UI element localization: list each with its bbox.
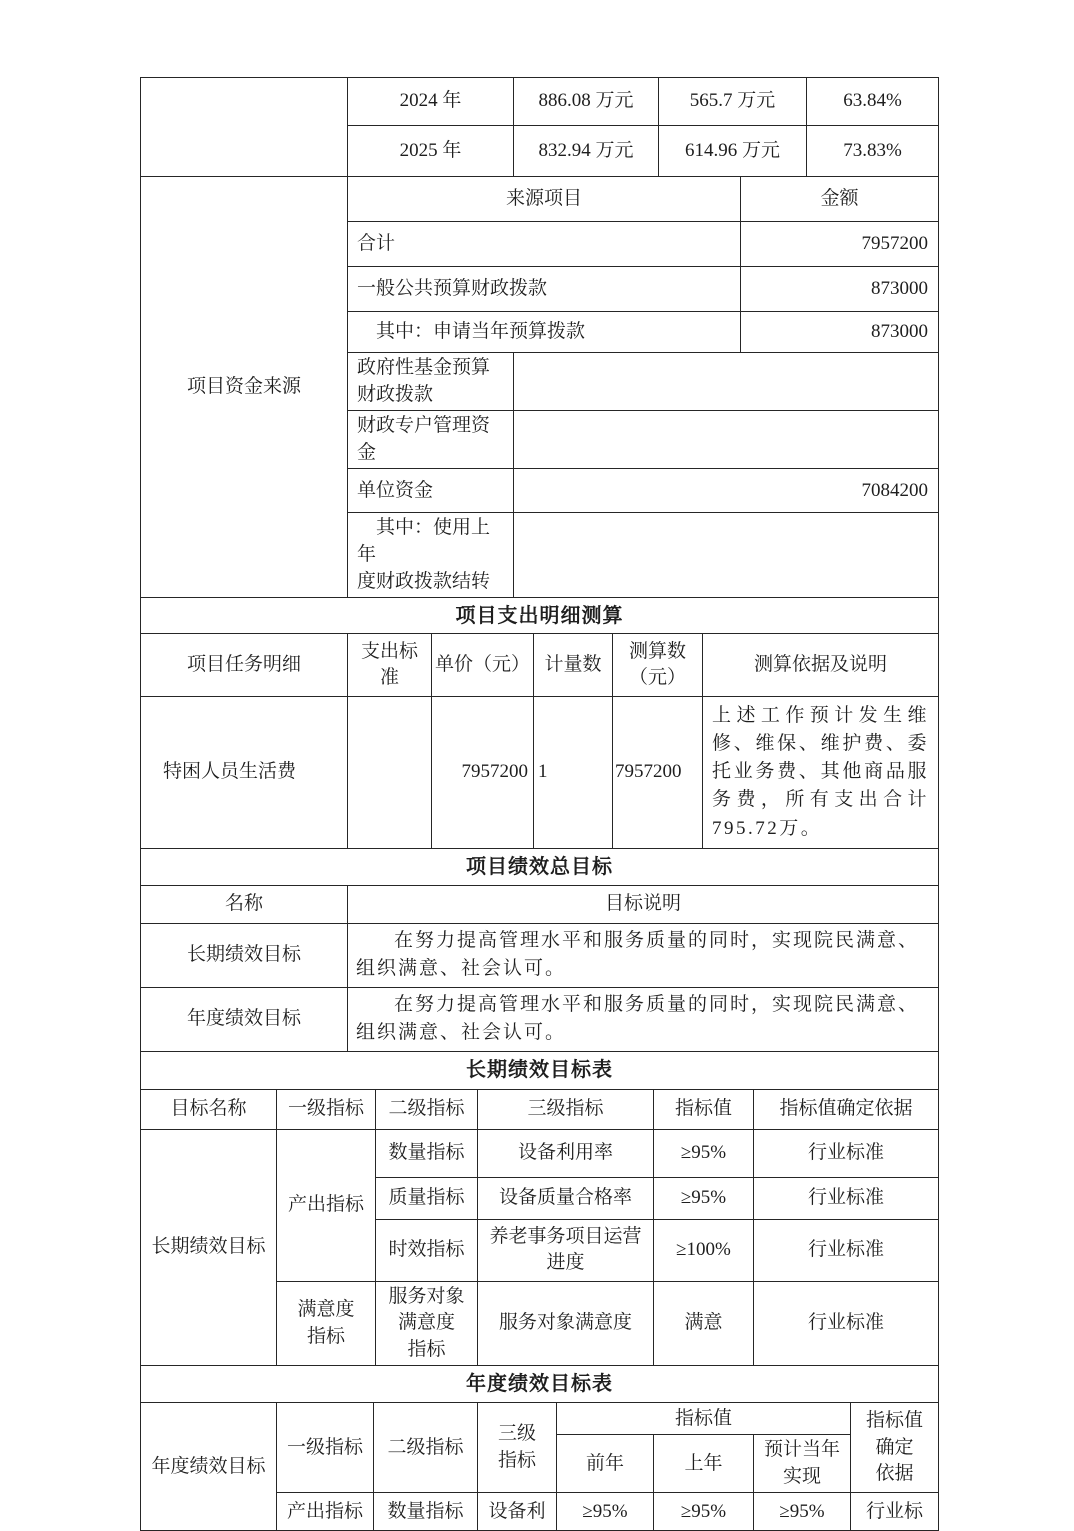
prev1-value-cell: ≥95%: [654, 1493, 754, 1531]
value-basis-cell: 行业标准: [754, 1129, 939, 1177]
level3-cell: 设备利用率: [478, 1129, 654, 1177]
expenditure-detail-title: 项目支出明细测算: [141, 598, 939, 634]
goal-description-cell: 在努力提高管理水平和服务质量的同时，实现院民满意、 组织满意、社会认可。: [348, 987, 939, 1051]
indicator-value-cell: ≥100%: [654, 1219, 754, 1281]
source-item-label: 政府性基金预算 财政拨款: [348, 353, 514, 411]
goal-name-header: 名称: [141, 885, 348, 923]
prev2-value-cell: ≥95%: [557, 1493, 654, 1531]
execution-rate-cell: 63.84%: [807, 78, 939, 126]
unit-price-cell: 7957200: [432, 697, 534, 849]
level1-cell: 产出指标: [277, 1129, 376, 1281]
basis-cell: 上述工作预计发生维修、维保、维护费、委托业务费、其他商品服务费，所有支出合计79…: [703, 697, 939, 849]
source-amount-cell: 7957200: [741, 222, 939, 267]
spent-amount-cell: 565.7 万元: [659, 78, 807, 126]
level2-cell: 数量指标: [374, 1493, 478, 1531]
value-basis-cell: 行业标准: [754, 1219, 939, 1281]
year-cell: 2025 年: [348, 126, 514, 177]
level3-cell: 设备质量合格率: [478, 1177, 654, 1219]
source-item-label: 财政专户管理资金: [348, 411, 514, 469]
prev2-year-header: 前年: [557, 1435, 654, 1493]
level2-cell: 服务对象 满意度 指标: [376, 1281, 478, 1366]
source-amount-cell: 7084200: [514, 469, 939, 513]
spent-amount-cell: 614.96 万元: [659, 126, 807, 177]
level1-cell: 产出指标: [277, 1493, 374, 1531]
level2-header: 二级指标: [376, 1089, 478, 1129]
level2-cell: 时效指标: [376, 1219, 478, 1281]
amount-header: 金额: [741, 177, 939, 222]
year-cell: 2024 年: [348, 78, 514, 126]
overall-goal-title: 项目绩效总目标: [141, 848, 939, 885]
execution-rate-cell: 73.83%: [807, 126, 939, 177]
level3-header: 三级指标: [478, 1089, 654, 1129]
level3-cell: 服务对象满意度: [478, 1281, 654, 1366]
indicator-value-group-header: 指标值: [557, 1403, 851, 1435]
source-item-label: 其中：申请当年预算拨款: [348, 312, 741, 353]
level3-cell: 养老事务项目运营 进度: [478, 1219, 654, 1281]
source-item-label: 一般公共预算财政拨款: [348, 267, 741, 312]
carryover-table: 2024 年 886.08 万元 565.7 万元 63.84% 2025 年 …: [140, 77, 939, 177]
value-basis-cell: 行业标准: [754, 1281, 939, 1366]
source-item-label: 合计: [348, 222, 741, 267]
budget-document-sheet: 2024 年 886.08 万元 565.7 万元 63.84% 2025 年 …: [140, 77, 938, 1531]
funding-source-row-label: 项目资金来源: [141, 177, 348, 598]
estimate-header: 测算数 （元）: [613, 634, 703, 697]
source-amount-cell: [514, 513, 939, 598]
indicator-value-cell: ≥95%: [654, 1129, 754, 1177]
spending-standard-header: 支出标 准: [348, 634, 432, 697]
level1-cell: 满意度 指标: [277, 1281, 376, 1366]
source-item-header: 来源项目: [348, 177, 741, 222]
current-year-header: 预计当年 实现: [754, 1435, 851, 1493]
source-item-label: 其中：使用上年 度财政拨款结转: [348, 513, 514, 598]
level3-header: 三级 指标: [478, 1403, 557, 1493]
indicator-value-cell: 满意: [654, 1281, 754, 1366]
indicator-value-cell: ≥95%: [654, 1177, 754, 1219]
budget-amount-cell: 886.08 万元: [514, 78, 659, 126]
prev1-year-header: 上年: [654, 1435, 754, 1493]
funding-source-table: 项目资金来源 来源项目 金额 合计 7957200 一般公共预算财政拨款 873…: [140, 176, 939, 598]
annual-goal-table: 年度绩效目标表 年度绩效目标 一级指标 二级指标 三级 指标 指标值 指标值 确…: [140, 1365, 939, 1531]
basis-header: 测算依据及说明: [703, 634, 939, 697]
longterm-goal-table: 长期绩效目标表 目标名称 一级指标 二级指标 三级指标 指标值 指标值确定依据 …: [140, 1051, 939, 1367]
goal-name-cell: 年度绩效目标: [141, 987, 348, 1051]
unit-price-header: 单价（元）: [432, 634, 534, 697]
annual-table-title: 年度绩效目标表: [141, 1366, 939, 1403]
indicator-value-header: 指标值: [654, 1089, 754, 1129]
goal-description-cell: 在努力提高管理水平和服务质量的同时，实现院民满意、 组织满意、社会认可。: [348, 923, 939, 987]
quantity-cell: 1: [534, 697, 613, 849]
task-detail-cell: 特困人员生活费: [141, 697, 348, 849]
level3-cell: 设备利: [478, 1493, 557, 1531]
level2-header: 二级指标: [374, 1403, 478, 1493]
value-basis-header: 指标值确定依据: [754, 1089, 939, 1129]
carryover-label-cell: [141, 78, 348, 177]
value-basis-cell: 行业标: [851, 1493, 939, 1531]
source-item-label: 单位资金: [348, 469, 514, 513]
source-amount-cell: [514, 411, 939, 469]
longterm-goal-name-cell: 长期绩效目标: [141, 1129, 277, 1366]
source-amount-cell: [514, 353, 939, 411]
estimate-cell: 7957200: [613, 697, 703, 849]
goal-name-cell: 长期绩效目标: [141, 923, 348, 987]
source-amount-cell: 873000: [741, 312, 939, 353]
level2-cell: 质量指标: [376, 1177, 478, 1219]
level1-header: 一级指标: [277, 1089, 376, 1129]
level1-header: 一级指标: [277, 1403, 374, 1493]
annual-goal-name-cell: 年度绩效目标: [141, 1403, 277, 1531]
level2-cell: 数量指标: [376, 1129, 478, 1177]
spending-standard-cell: [348, 697, 432, 849]
budget-amount-cell: 832.94 万元: [514, 126, 659, 177]
quantity-header: 计量数: [534, 634, 613, 697]
overall-goal-table: 项目绩效总目标 名称 目标说明 长期绩效目标 在努力提高管理水平和服务质量的同时…: [140, 848, 939, 1052]
goal-description-header: 目标说明: [348, 885, 939, 923]
task-detail-header: 项目任务明细: [141, 634, 348, 697]
longterm-table-title: 长期绩效目标表: [141, 1051, 939, 1089]
value-basis-cell: 行业标准: [754, 1177, 939, 1219]
expenditure-detail-table: 项目支出明细测算 项目任务明细 支出标 准 单价（元） 计量数 测算数 （元） …: [140, 597, 939, 849]
goal-name-header: 目标名称: [141, 1089, 277, 1129]
current-value-cell: ≥95%: [754, 1493, 851, 1531]
value-basis-header: 指标值 确定 依据: [851, 1403, 939, 1493]
source-amount-cell: 873000: [741, 267, 939, 312]
